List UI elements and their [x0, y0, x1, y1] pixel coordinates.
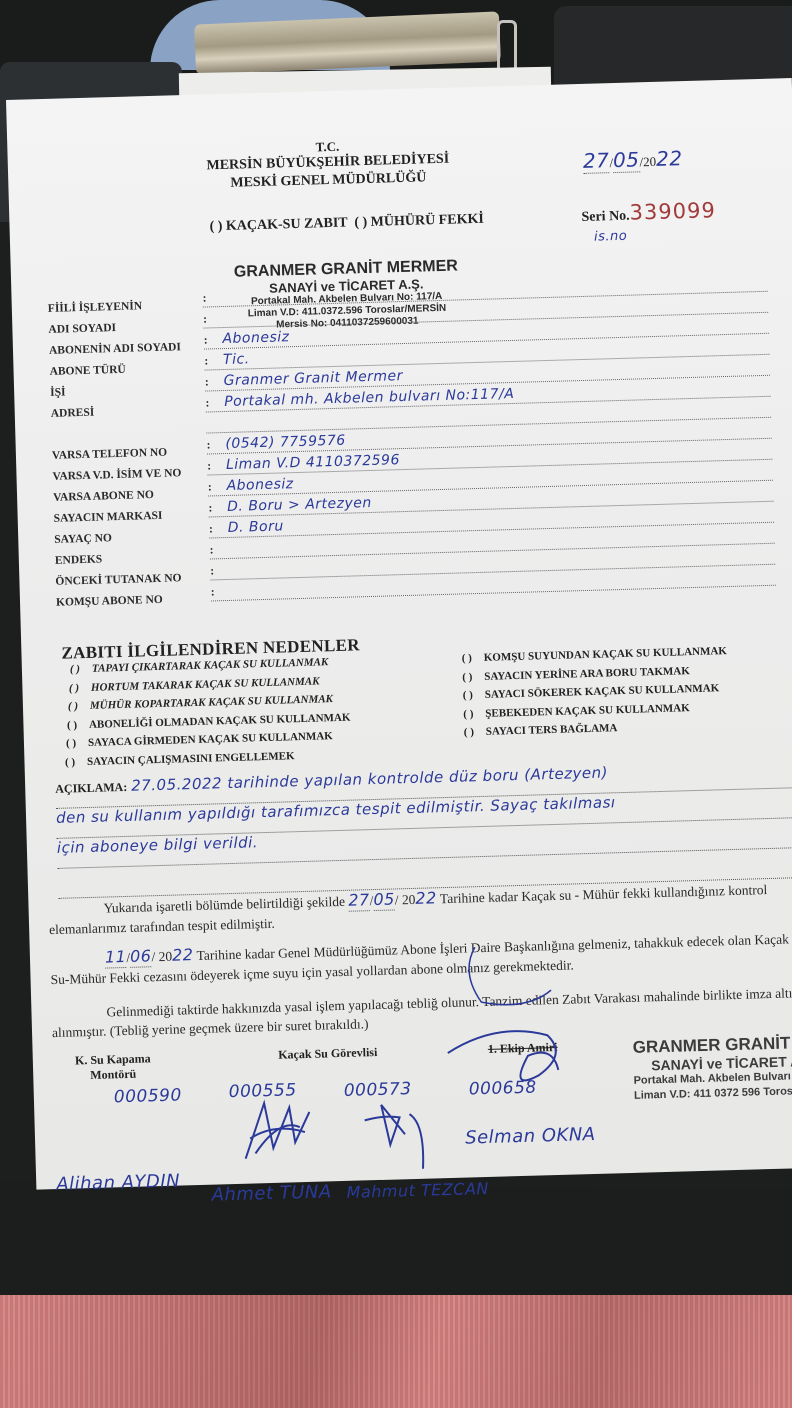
serial-value: 339099	[629, 198, 716, 224]
signature-names: Alihan AYDIN Ahmet TUNA Mahmut TEZCAN Se…	[55, 1112, 657, 1209]
checkbox-parens: ( )	[462, 670, 484, 683]
company-stamp-2: GRANMER GRANİT M SANAYİ ve TİCARET A Por…	[632, 1032, 792, 1104]
form-type-options: ( ) KAÇAK-SU ZABIT ( ) MÜHÜRÜ FEKKİ	[209, 212, 484, 236]
signature-name: Ahmet TUNA	[211, 1181, 332, 1205]
checkbox-parens: ( )	[462, 652, 484, 665]
violation-report-form: T.C. MERSİN BÜYÜKŞEHİR BELEDİYESİ MESKİ …	[6, 78, 792, 1190]
checkbox-parens: ( )	[65, 755, 87, 768]
is-no-note: is.no	[594, 229, 628, 245]
signature-name: Selman OKNA	[465, 1124, 596, 1149]
signature-name: Mahmut TEZCAN	[346, 1179, 489, 1202]
ekip-amiri-scribble	[437, 1015, 569, 1099]
description-section: AÇIKLAMA:27.05.2022 tarihinde yapılan ko…	[55, 758, 792, 899]
notice-paragraph-3: Gelinmediği taktirde hakkınızda yasal iş…	[51, 983, 792, 1042]
circled-text-mark	[455, 939, 577, 1012]
reasons-left-column: ( )TAPAYI ÇIKARTARAK KAÇAK SU KULLANMAK(…	[62, 653, 455, 775]
signature-header-montor: K. Su Kapama Montörü	[63, 1051, 164, 1084]
description-label: AÇIKLAMA:	[55, 780, 127, 796]
checkbox-parens: ( )	[69, 681, 91, 694]
checkbox-parens: ( )	[463, 689, 485, 702]
checkbox-parens: ( )	[68, 700, 90, 713]
option-kacak-su-zabit[interactable]: ( ) KAÇAK-SU ZABIT	[209, 216, 347, 235]
signature-header-gorevli: Kaçak Su Görevlisi	[258, 1044, 398, 1063]
signature-id: 000573	[344, 1079, 412, 1101]
notice-paragraph-2: 11/06/ 2022 Tarihine kadar Genel Müdürlü…	[50, 928, 792, 989]
serial-number: Seri No.339099	[581, 198, 716, 226]
form-fields: FİİLİ İŞLEYENİN: ADI SOYADI: ABONENİN AD…	[47, 274, 776, 609]
reasons-right-column: ( )KOMŞU SUYUNDAN KAÇAK SU KULLANMAK( )S…	[462, 643, 792, 745]
fabric-background	[0, 1295, 792, 1408]
checkbox-parens: ( )	[67, 718, 89, 731]
checkbox-parens: ( )	[70, 663, 92, 676]
field-label: KOMŞU ABONE NO	[56, 593, 206, 609]
form-date: 27/05/2022	[583, 146, 683, 174]
signature-id: 000590	[114, 1085, 182, 1107]
checkbox-parens: ( )	[464, 726, 486, 739]
option-muhuru-fekki[interactable]: ( ) MÜHÜRÜ FEKKİ	[354, 212, 484, 231]
signature-name: Alihan AYDIN	[56, 1171, 180, 1195]
checkbox-parens: ( )	[66, 737, 88, 750]
checkbox-parens: ( )	[463, 707, 485, 720]
